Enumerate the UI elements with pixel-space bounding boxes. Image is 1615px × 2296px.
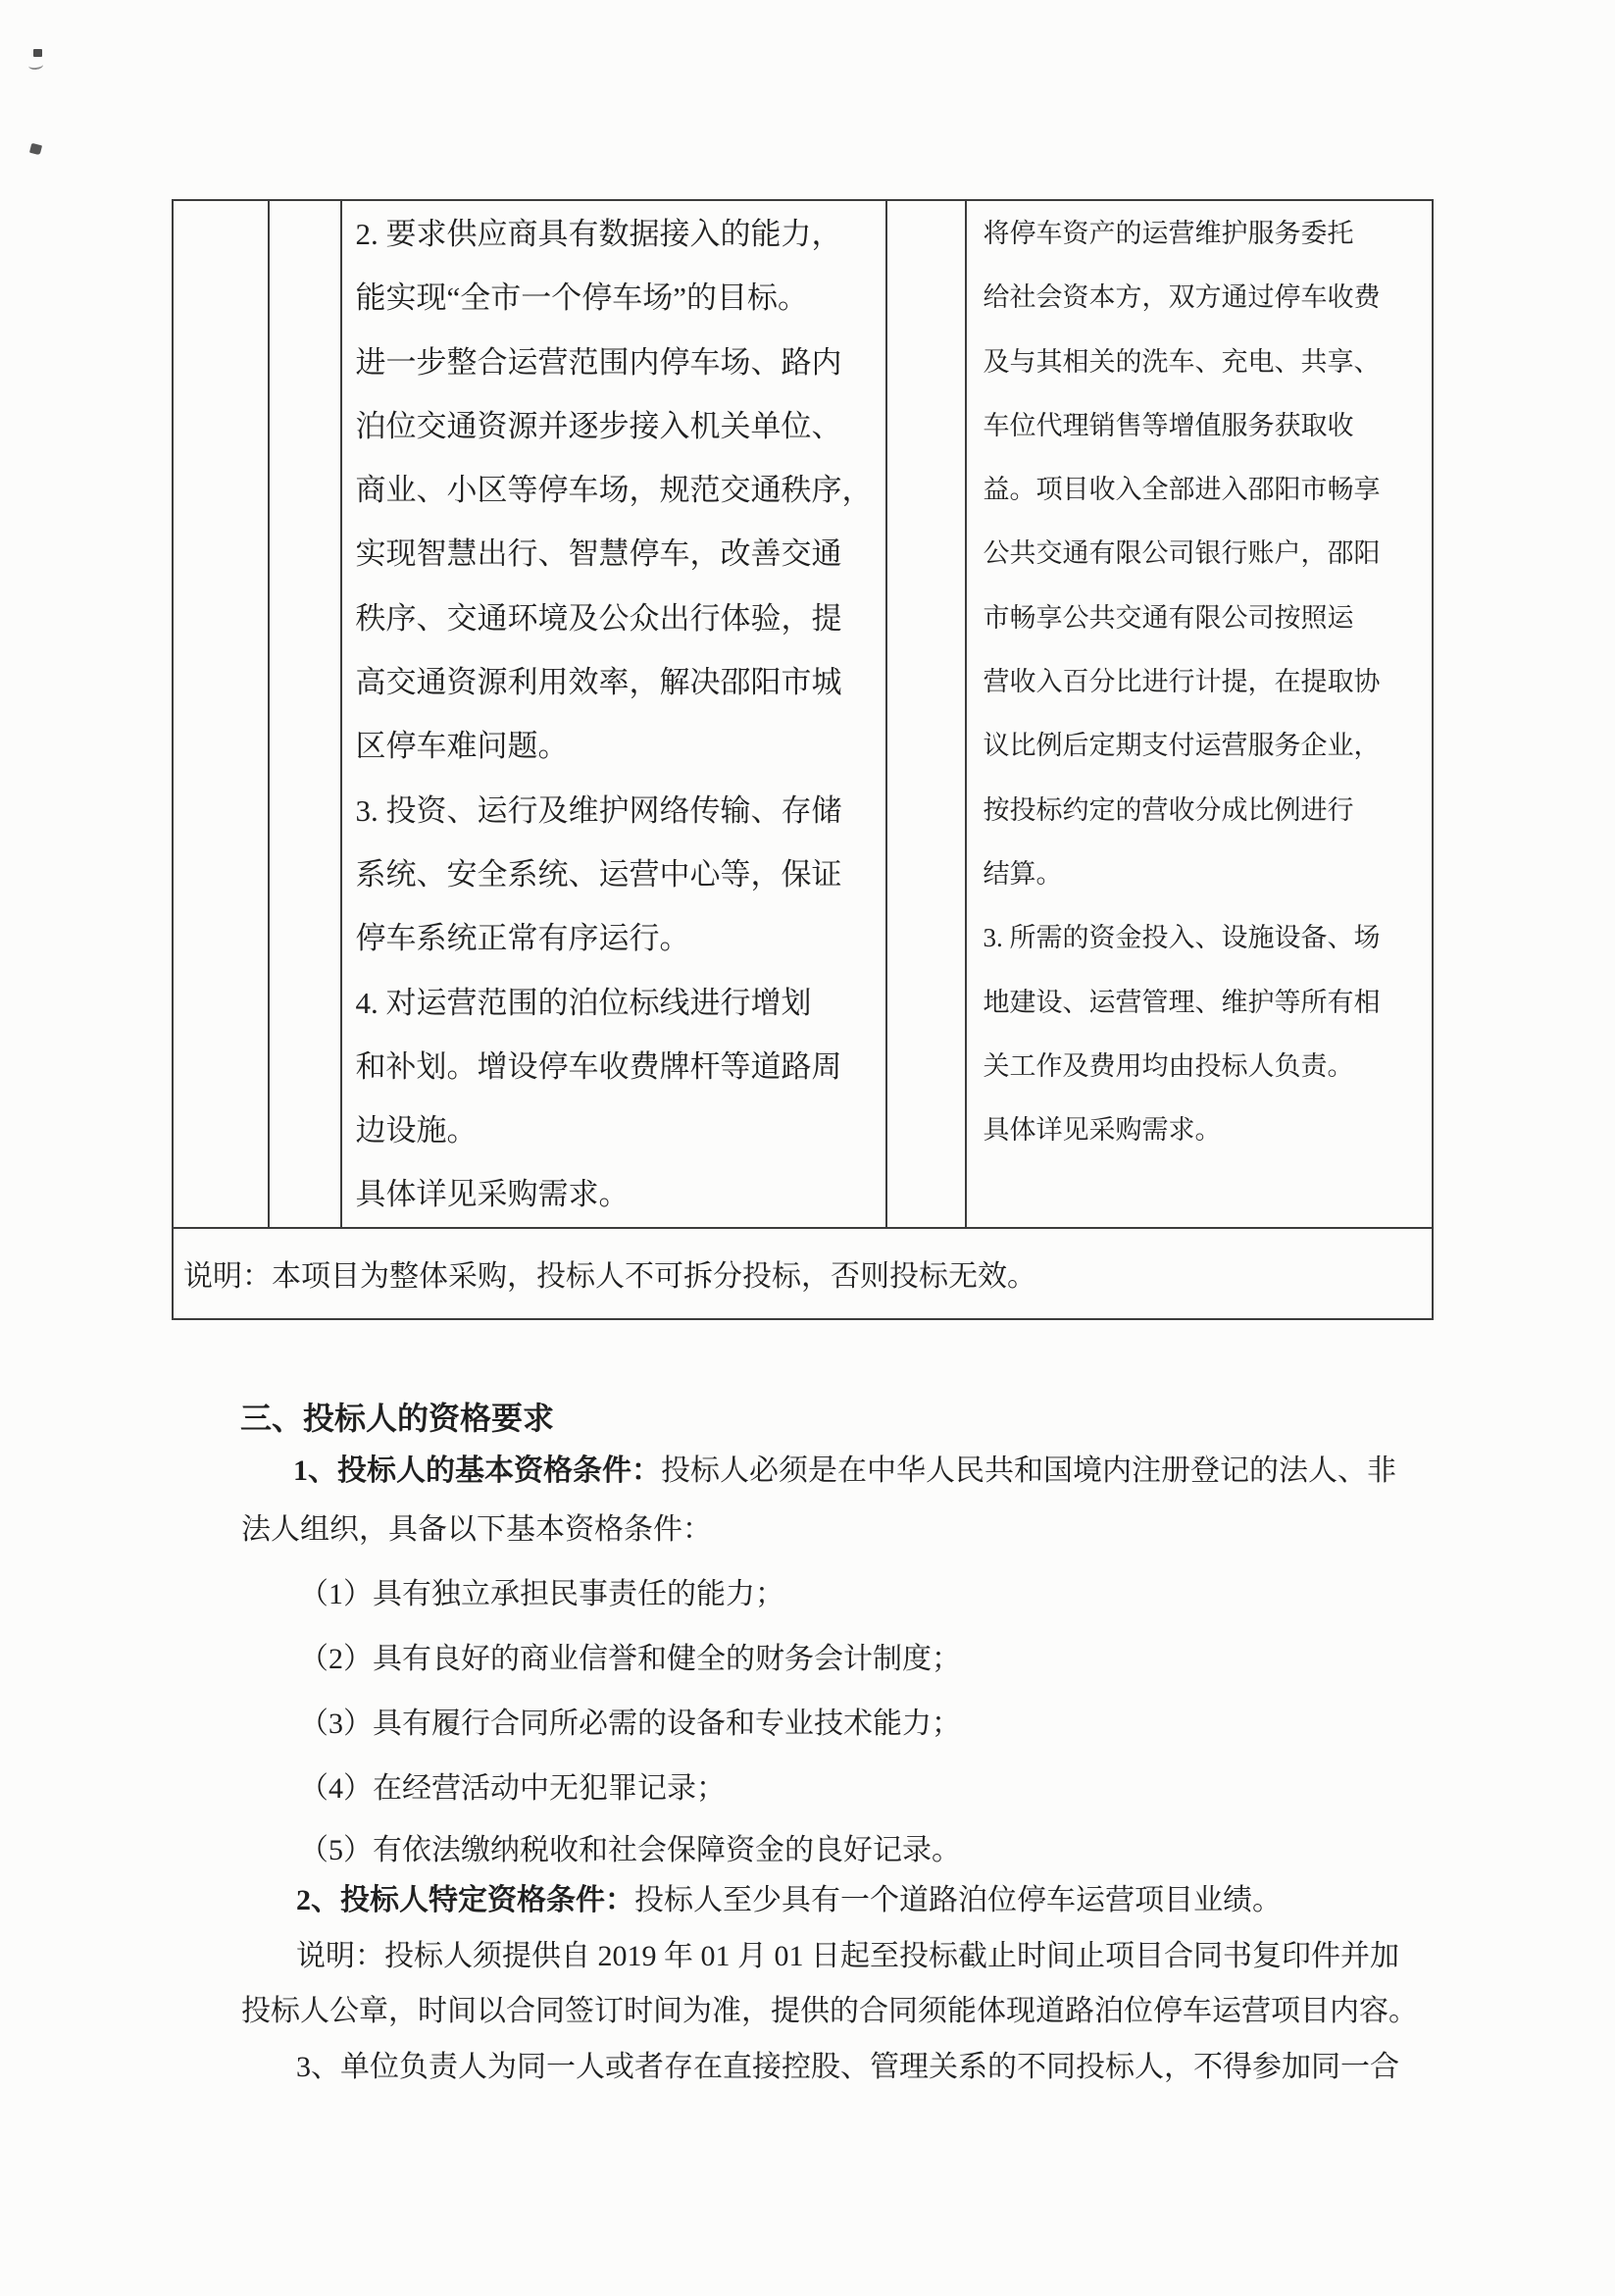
cell-line: 具体详见采购需求。 [983,1098,1432,1162]
cell-line: 2. 要求供应商具有数据接入的能力， [355,202,877,266]
qualification-item-2: （2）具有良好的商业信誉和健全的财务会计制度； [299,1642,961,1677]
qualification-item-5: （5）有依法缴纳税收和社会保障资金的良好记录。 [299,1833,961,1868]
table-cell-service-content: 2. 要求供应商具有数据接入的能力， 能实现“全市一个停车场”的目标。 进一步整… [342,201,886,1227]
cell-line: 及与其相关的洗车、充电、共享、 [983,331,1432,394]
paragraph-same-person-rule: 3、单位负责人为同一人或者存在直接控股、管理关系的不同投标人，不得参加同一合 [296,2050,1399,2085]
table-cell-empty-2 [270,201,343,1227]
cell-line: 3. 所需的资金投入、设施设备、场 [983,906,1432,970]
qualification-item-4: （4）在经营活动中无犯罪记录； [299,1771,726,1807]
procurement-requirements-table: 2. 要求供应商具有数据接入的能力， 能实现“全市一个停车场”的目标。 进一步整… [172,199,1434,1320]
qualification-item-3: （3）具有履行合同所必需的设备和专业技术能力； [299,1707,961,1742]
scan-speck [33,49,42,57]
scan-speck [28,60,44,71]
paragraph-basic-qualification: 1、投标人的基本资格条件：投标人必须是在中华人民共和国境内注册登记的法人、非 [293,1454,1396,1489]
table-note-row: 说明：本项目为整体采购，投标人不可拆分投标，否则投标无效。 [174,1227,1432,1316]
paragraph-text: 投标人必须是在中华人民共和国境内注册登记的法人、非 [661,1454,1396,1487]
cell-line: 地建设、运营管理、维护等所有相 [983,971,1432,1035]
cell-line: 益。项目收入全部进入邵阳市畅享 [983,458,1432,522]
cell-line: 进一步整合运营范围内停车场、路内 [355,331,877,394]
cell-line: 议比例后定期支付运营服务企业， [983,714,1432,778]
table-main-row: 2. 要求供应商具有数据接入的能力， 能实现“全市一个停车场”的目标。 进一步整… [174,201,1432,1227]
cell-line: 市畅享公共交通有限公司按照运 [983,587,1432,650]
cell-line: 具体详见采购需求。 [355,1162,877,1226]
cell-line: 秩序、交通环境及公众出行体验，提 [355,587,877,650]
cell-line: 车位代理销售等增值服务获取收 [983,394,1432,458]
cell-line: 高交通资源利用效率，解决邵阳市城 [355,650,877,714]
table-cell-empty-3 [887,201,968,1227]
qualification-item-1: （1）具有独立承担民事责任的能力； [299,1577,784,1612]
cell-line: 边设施。 [355,1098,877,1162]
cell-line: 实现智慧出行、智慧停车，改善交通 [355,522,877,586]
paragraph-bold-lead: 2、投标人特定资格条件： [296,1884,634,1916]
paragraph-bold-lead: 1、投标人的基本资格条件： [293,1454,661,1487]
section-heading: 三、投标人的资格要求 [240,1401,554,1436]
cell-line: 将停车资产的运营维护服务委托 [983,202,1432,266]
paragraph-text: 投标人至少具有一个道路泊位停车运营项目业绩。 [634,1884,1282,1916]
cell-line: 结算。 [983,842,1432,906]
cell-line: 3. 投资、运行及维护网络传输、存储 [355,779,877,842]
table-cell-operation-mode: 将停车资产的运营维护服务委托 给社会资本方，双方通过停车收费 及与其相关的洗车、… [967,201,1432,1227]
cell-line: 商业、小区等停车场，规范交通秩序， [355,458,877,522]
cell-line: 4. 对运营范围的泊位标线进行增划 [355,971,877,1035]
table-cell-empty-1 [174,201,270,1227]
cell-line: 停车系统正常有序运行。 [355,906,877,970]
scan-speck [29,143,42,155]
note-line-2: 投标人公章，时间以合同签订时间为准，提供的合同须能体现道路泊位停车运营项目内容。 [241,1994,1418,2029]
cell-line: 泊位交通资源并逐步接入机关单位、 [355,394,877,458]
paragraph-specific-qualification: 2、投标人特定资格条件：投标人至少具有一个道路泊位停车运营项目业绩。 [296,1883,1282,1918]
cell-line: 按投标约定的营收分成比例进行 [983,779,1432,842]
cell-line: 和补划。增设停车收费牌杆等道路周 [355,1035,877,1098]
note-line-1: 说明：投标人须提供自 2019 年 01 月 01 日起至投标截止时间止项目合同… [296,1939,1399,1974]
table-note-text: 说明：本项目为整体采购，投标人不可拆分投标，否则投标无效。 [183,1251,1036,1295]
scanned-document-page: 2. 要求供应商具有数据接入的能力， 能实现“全市一个停车场”的目标。 进一步整… [0,0,1615,2296]
cell-line: 营收入百分比进行计提，在提取协 [983,650,1432,714]
cell-line: 区停车难问题。 [355,714,877,778]
paragraph-continuation: 法人组织，具备以下基本资格条件： [241,1512,712,1548]
cell-line: 能实现“全市一个停车场”的目标。 [355,266,877,330]
cell-line: 给社会资本方，双方通过停车收费 [983,266,1432,330]
cell-line: 关工作及费用均由投标人负责。 [983,1035,1432,1098]
cell-line: 系统、安全系统、运营中心等，保证 [355,842,877,906]
cell-line: 公共交通有限公司银行账户，邵阳 [983,522,1432,586]
